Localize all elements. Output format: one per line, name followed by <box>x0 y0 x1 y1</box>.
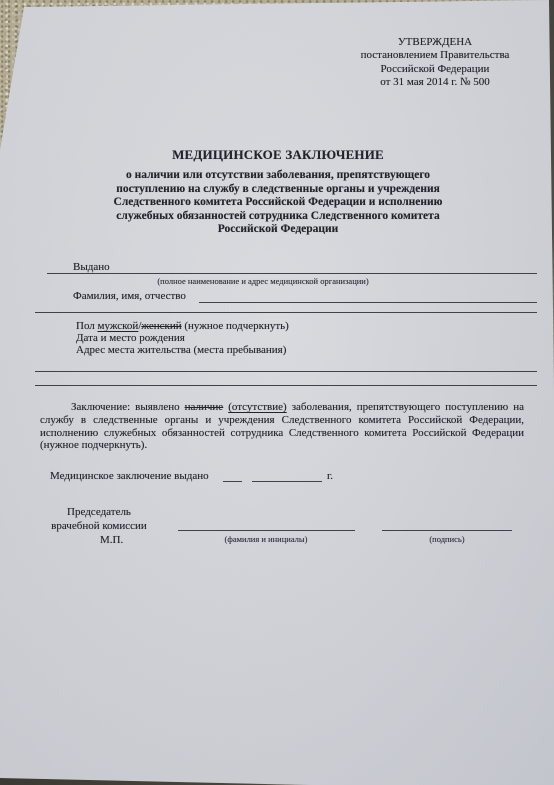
chairman-title-line: Председатель <box>40 506 158 520</box>
sex-row: Пол мужской/женский (нужное подчеркнуть) <box>76 320 289 332</box>
document-subtitle-line: служебных обязанностей сотрудника Следст… <box>27 210 529 224</box>
fio-label: Фамилия, имя, отчество <box>73 290 186 302</box>
conclusion-struck-option: наличие <box>185 401 224 413</box>
document-subtitle-line: Российской Федерации <box>27 223 529 237</box>
approval-line: постановлением Правительства <box>352 49 518 62</box>
conclusion-prefix: Заключение: выявлено <box>71 401 180 413</box>
fio-blank-line-2 <box>35 312 537 313</box>
issue-year-suffix: г. <box>327 470 333 482</box>
issued-caption: (полное наименование и адрес медицинской… <box>118 276 408 286</box>
issue-month-line <box>252 481 322 482</box>
signature-line-sign <box>382 530 512 531</box>
birth-label: Дата и место рождения <box>76 332 185 344</box>
document-subtitle-line: Следственного комитета Российской Федера… <box>27 196 529 210</box>
seal-mark: М.П. <box>100 534 123 546</box>
issued-label: Выдано <box>73 261 110 273</box>
document-subtitle-line: поступлению на службу в следственные орг… <box>27 183 529 197</box>
signature-line-name <box>178 530 355 531</box>
signature-caption-sign: (подпись) <box>372 534 522 544</box>
address-label: Адрес места жительства (места пребывания… <box>76 344 286 356</box>
document-page: УТВЕРЖДЕНА постановлением Правительства … <box>0 0 554 785</box>
approval-line: Российской Федерации <box>352 63 518 76</box>
conclusion-paragraph: Заключение: выявлено наличие (отсутствие… <box>40 401 524 452</box>
writein-line-2 <box>35 385 537 386</box>
document-photo: УТВЕРЖДЕНА постановлением Правительства … <box>0 0 554 785</box>
sex-male-option: мужской <box>98 320 139 332</box>
document-subtitle: о наличии или отсутствии заболевания, пр… <box>27 169 529 237</box>
signature-caption-name: (фамилия и инициалы) <box>191 534 341 544</box>
sex-label: Пол <box>76 320 95 332</box>
approval-line: УТВЕРЖДЕНА <box>352 36 518 49</box>
fio-blank-line <box>199 302 537 303</box>
document-subtitle-line: о наличии или отсутствии заболевания, пр… <box>27 169 529 183</box>
approval-stamp-block: УТВЕРЖДЕНА постановлением Правительства … <box>352 36 518 90</box>
sex-note: (нужное подчеркнуть) <box>184 320 288 332</box>
document-title: МЕДИЦИНСКОЕ ЗАКЛЮЧЕНИЕ <box>27 147 529 163</box>
chairman-title: Председатель врачебной комиссии <box>40 506 158 533</box>
issue-date-label: Медицинское заключение выдано <box>50 470 209 482</box>
approval-line: от 31 мая 2014 г. № 500 <box>352 76 518 89</box>
sex-female-option: женский <box>141 320 181 332</box>
conclusion-underlined-option: (отсутствие) <box>228 401 286 413</box>
issued-blank-line <box>47 273 537 274</box>
issue-day-line <box>223 481 242 482</box>
chairman-title-line: врачебной комиссии <box>40 520 158 534</box>
writein-line-1 <box>35 371 537 372</box>
